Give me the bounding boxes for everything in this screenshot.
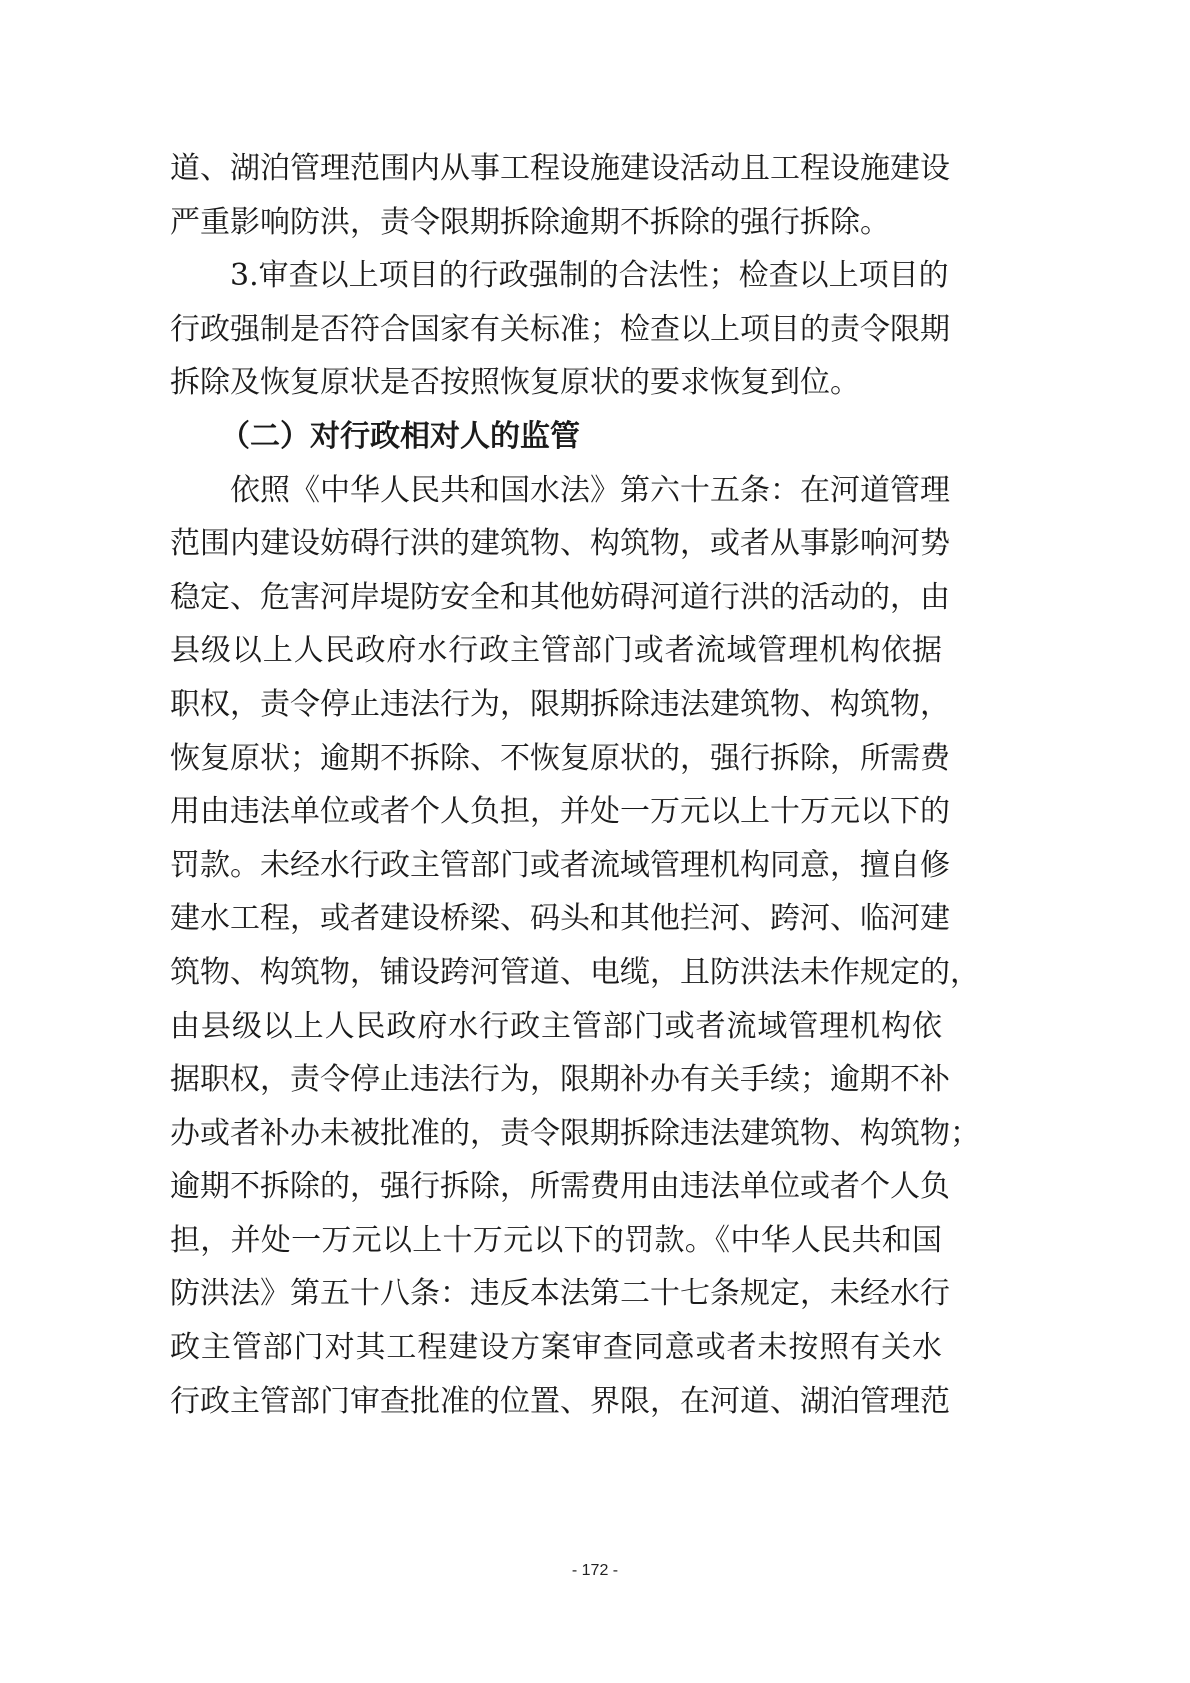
text-line: 3.审查以上项目的行政强制的合法性；检查以上项目的 xyxy=(170,249,942,303)
text-line: 范围内建设妨碍行洪的建筑物、构筑物，或者从事影响河势 xyxy=(170,517,942,571)
text-line: 恢复原状；逾期不拆除、不恢复原状的，强行拆除，所需费 xyxy=(170,732,942,786)
document-page: 道、湖泊管理范围内从事工程设施建设活动且工程设施建设 严重影响防洪，责令限期拆除… xyxy=(0,0,1190,1683)
text-line: 道、湖泊管理范围内从事工程设施建设活动且工程设施建设 xyxy=(170,142,942,196)
text-line: 担，并处一万元以上十万元以下的罚款。《中华人民共和国 xyxy=(170,1214,942,1268)
page-number: - 172 - xyxy=(0,1562,1190,1580)
text-line: 防洪法》第五十八条：违反本法第二十七条规定，未经水行 xyxy=(170,1267,942,1321)
text-line: 县级以上人民政府水行政主管部门或者流域管理机构依据 xyxy=(170,624,942,678)
text-line: 罚款。未经水行政主管部门或者流域管理机构同意，擅自修 xyxy=(170,839,942,893)
text-line: 逾期不拆除的，强行拆除，所需费用由违法单位或者个人负 xyxy=(170,1160,942,1214)
text-line: 严重影响防洪，责令限期拆除逾期不拆除的强行拆除。 xyxy=(170,196,942,250)
text-line: 稳定、危害河岸堤防安全和其他妨碍河道行洪的活动的，由 xyxy=(170,571,942,625)
text-line: 据职权，责令停止违法行为，限期补办有关手续；逾期不补 xyxy=(170,1053,942,1107)
text-line: 筑物、构筑物，铺设跨河管道、电缆，且防洪法未作规定的， xyxy=(170,946,942,1000)
section-heading: （二）对行政相对人的监管 xyxy=(170,410,942,464)
text-line: 行政主管部门审查批准的位置、界限，在河道、湖泊管理范 xyxy=(170,1375,942,1429)
text-line: 拆除及恢复原状是否按照恢复原状的要求恢复到位。 xyxy=(170,356,942,410)
text-line: 职权，责令停止违法行为，限期拆除违法建筑物、构筑物， xyxy=(170,678,942,732)
document-body: 道、湖泊管理范围内从事工程设施建设活动且工程设施建设 严重影响防洪，责令限期拆除… xyxy=(170,142,942,1428)
text-line: 行政强制是否符合国家有关标准；检查以上项目的责令限期 xyxy=(170,303,942,357)
text-line: 用由违法单位或者个人负担，并处一万元以上十万元以下的 xyxy=(170,785,942,839)
text-line: 办或者补办未被批准的，责令限期拆除违法建筑物、构筑物； xyxy=(170,1107,942,1161)
text-line: 依照《中华人民共和国水法》第六十五条：在河道管理 xyxy=(170,464,942,518)
text-line: 建水工程，或者建设桥梁、码头和其他拦河、跨河、临河建 xyxy=(170,892,942,946)
text-line: 政主管部门对其工程建设方案审查同意或者未按照有关水 xyxy=(170,1321,942,1375)
text-line: 由县级以上人民政府水行政主管部门或者流域管理机构依 xyxy=(170,1000,942,1054)
